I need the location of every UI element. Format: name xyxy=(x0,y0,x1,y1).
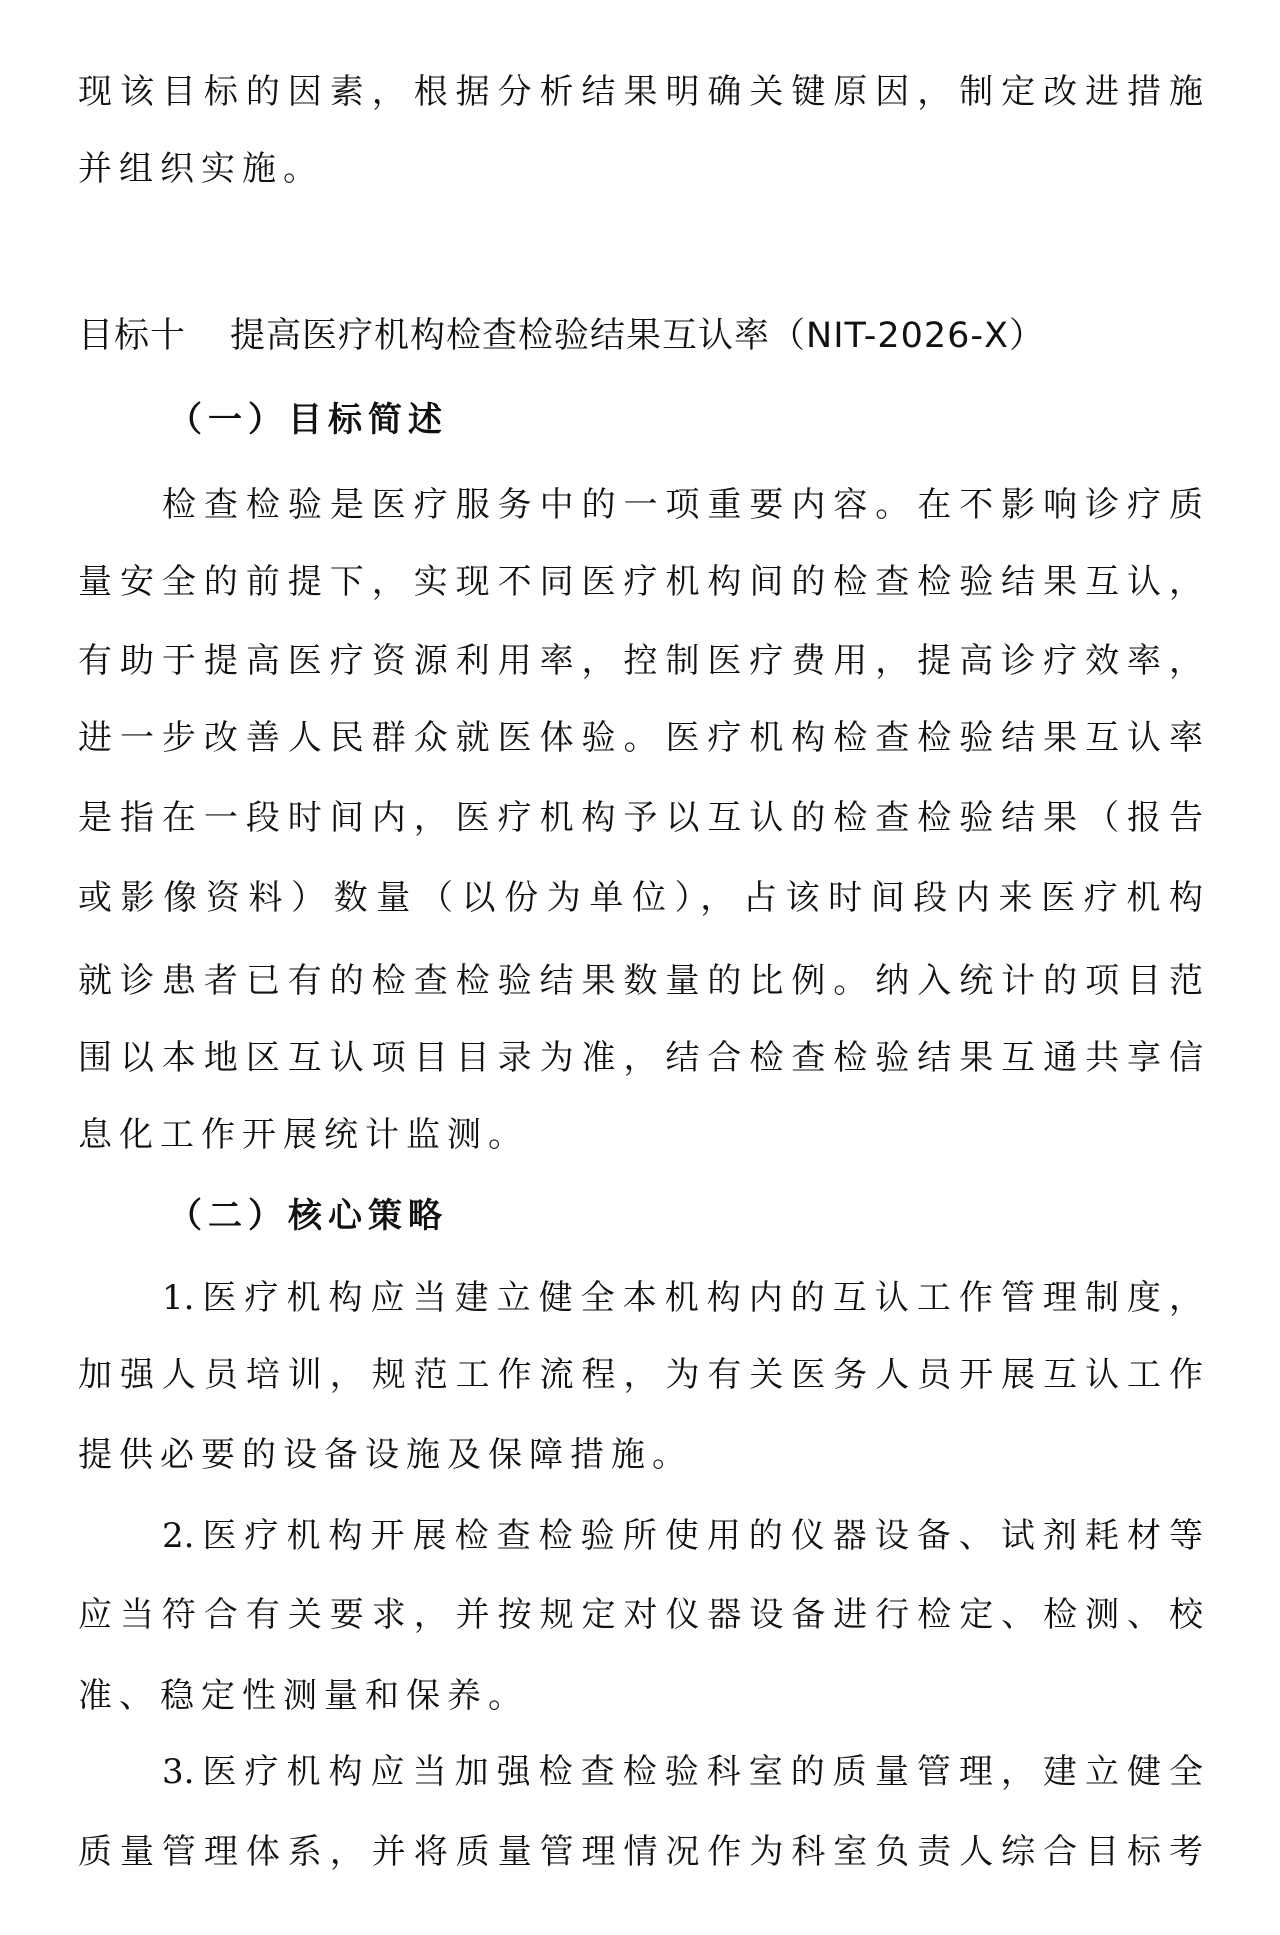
strategy-item-line: 质量管理体系，并将质量管理情况作为科室负责人综合目标考 xyxy=(78,1828,1203,1876)
paragraph-line: 息化工作开展统计监测。 xyxy=(78,1111,1203,1159)
paragraph-line: 围以本地区互认项目目录为准，结合检查检验结果互通共享信 xyxy=(78,1034,1203,1082)
paragraph-line: 检查检验是医疗服务中的一项重要内容。在不影响诊疗质 xyxy=(162,481,1203,529)
paragraph-line: 进一步改善人民群众就医体验。医疗机构检查检验结果互认率 xyxy=(78,714,1203,762)
strategy-item-line: 提供必要的设备设施及保障措施。 xyxy=(78,1431,1203,1479)
intro-line: 现该目标的因素，根据分析结果明确关键原因，制定改进措施 xyxy=(78,68,1203,116)
paragraph-line: 量安全的前提下，实现不同医疗机构间的检查检验结果互认， xyxy=(78,558,1203,606)
paragraph-line: 是指在一段时间内，医疗机构予以互认的检查检验结果（报告 xyxy=(78,794,1203,842)
strategy-item-line: 准、稳定性测量和保养。 xyxy=(78,1672,1203,1720)
paragraph-line: 有助于提高医疗资源利用率，控制医疗费用，提高诊疗效率， xyxy=(78,637,1203,685)
strategy-item-line: 1.医疗机构应当建立健全本机构内的互认工作管理制度， xyxy=(162,1274,1203,1322)
paragraph-line: 就诊患者已有的检查检验结果数量的比例。纳入统计的项目范 xyxy=(78,957,1203,1005)
strategy-item-line: 2.医疗机构开展检查检验所使用的仪器设备、试剂耗材等 xyxy=(162,1512,1203,1560)
section-title-overview: （一）目标简述 xyxy=(168,396,768,444)
strategy-item-line: 加强人员培训，规范工作流程，为有关医务人员开展互认工作 xyxy=(78,1351,1203,1399)
strategy-item-line: 3.医疗机构应当加强检查检验科室的质量管理，建立健全 xyxy=(162,1748,1203,1796)
strategy-item-line: 应当符合有关要求，并按规定对仪器设备进行检定、检测、校 xyxy=(78,1591,1203,1639)
intro-line: 并组织实施。 xyxy=(78,145,1203,193)
goal-number: 目标十 xyxy=(78,316,186,356)
goal-heading: 目标十提高医疗机构检查检验结果互认率（NIT-2026-Ⅹ） xyxy=(78,312,1203,360)
paragraph-line: 或影像资料）数量（以份为单位），占该时间段内来医疗机构 xyxy=(78,874,1203,922)
section-title-strategy: （二）核心策略 xyxy=(168,1192,768,1240)
goal-title: 提高医疗机构检查检验结果互认率（NIT-2026-Ⅹ） xyxy=(230,316,1045,356)
